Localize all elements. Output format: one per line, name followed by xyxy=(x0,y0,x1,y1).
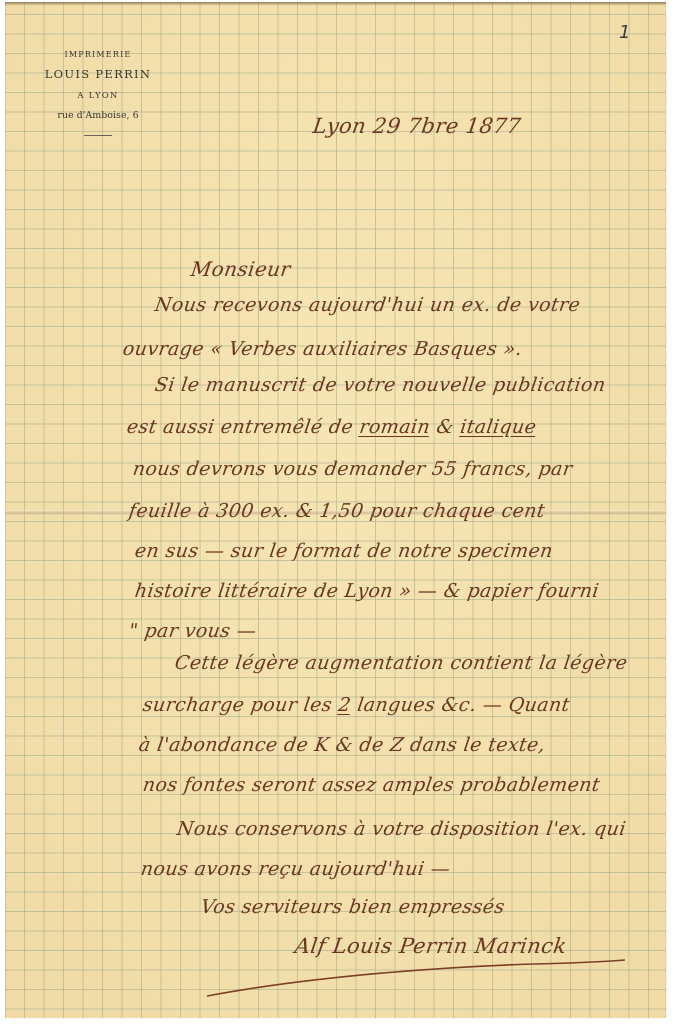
body-line-5: nous devrons vous demander 55 francs, pa… xyxy=(131,458,574,480)
body-line-11-a: surcharge pour les xyxy=(141,694,340,716)
letterhead-address: rue d'Amboise, 6 xyxy=(33,110,163,121)
body-line-1: Nous recevons aujourd'hui un ex. de votr… xyxy=(153,294,581,316)
underlined-italique: italique xyxy=(459,416,538,438)
body-line-11-b: langues &c. — Quant xyxy=(349,694,571,716)
printed-letterhead: IMPRIMERIE LOUIS PERRIN A LYON rue d'Amb… xyxy=(33,50,163,136)
letterhead-city: A LYON xyxy=(33,91,163,101)
body-line-13: nos fontes seront assez amples probablem… xyxy=(141,774,601,796)
body-line-11: surcharge pour les 2 langues &c. — Quant xyxy=(141,694,571,716)
ampersand: & xyxy=(429,416,462,438)
letterhead-imprimerie: IMPRIMERIE xyxy=(33,50,163,59)
closing: Vos serviteurs bien empressés xyxy=(199,896,506,918)
body-line-2: ouvrage « Verbes auxiliaires Basques ». xyxy=(121,338,523,360)
salutation: Monsieur xyxy=(189,257,292,281)
dateline: Lyon 29 7bre 1877 xyxy=(311,114,522,138)
body-line-14: Nous conservons à votre disposition l'ex… xyxy=(175,818,627,840)
body-line-8: histoire littéraire de Lyon » — & papier… xyxy=(133,580,600,602)
letter-page: IMPRIMERIE LOUIS PERRIN A LYON rue d'Amb… xyxy=(5,2,666,1018)
body-line-4-text: est aussi entremêlé de xyxy=(125,416,361,438)
body-line-10: Cette légère augmentation contient la lé… xyxy=(173,652,628,674)
body-line-12: à l'abondance de K & de Z dans le texte, xyxy=(137,734,546,756)
body-line-9: " par vous — xyxy=(127,620,257,642)
body-line-3: Si le manuscrit de votre nouvelle public… xyxy=(153,374,607,396)
body-line-7: en sus — sur le format de notre specimen xyxy=(133,540,554,562)
letterhead-rule xyxy=(84,135,112,136)
body-line-4: est aussi entremêlé de romain & italique xyxy=(125,416,537,438)
page-number: 1 xyxy=(619,22,630,43)
signature-flourish xyxy=(205,952,635,1002)
letterhead-company: LOUIS PERRIN xyxy=(33,67,163,81)
underlined-romain: romain xyxy=(358,416,432,438)
body-line-6: feuille à 300 ex. & 1,50 pour chaque cen… xyxy=(127,500,546,522)
body-line-15: nous avons reçu aujourd'hui — xyxy=(139,858,451,880)
